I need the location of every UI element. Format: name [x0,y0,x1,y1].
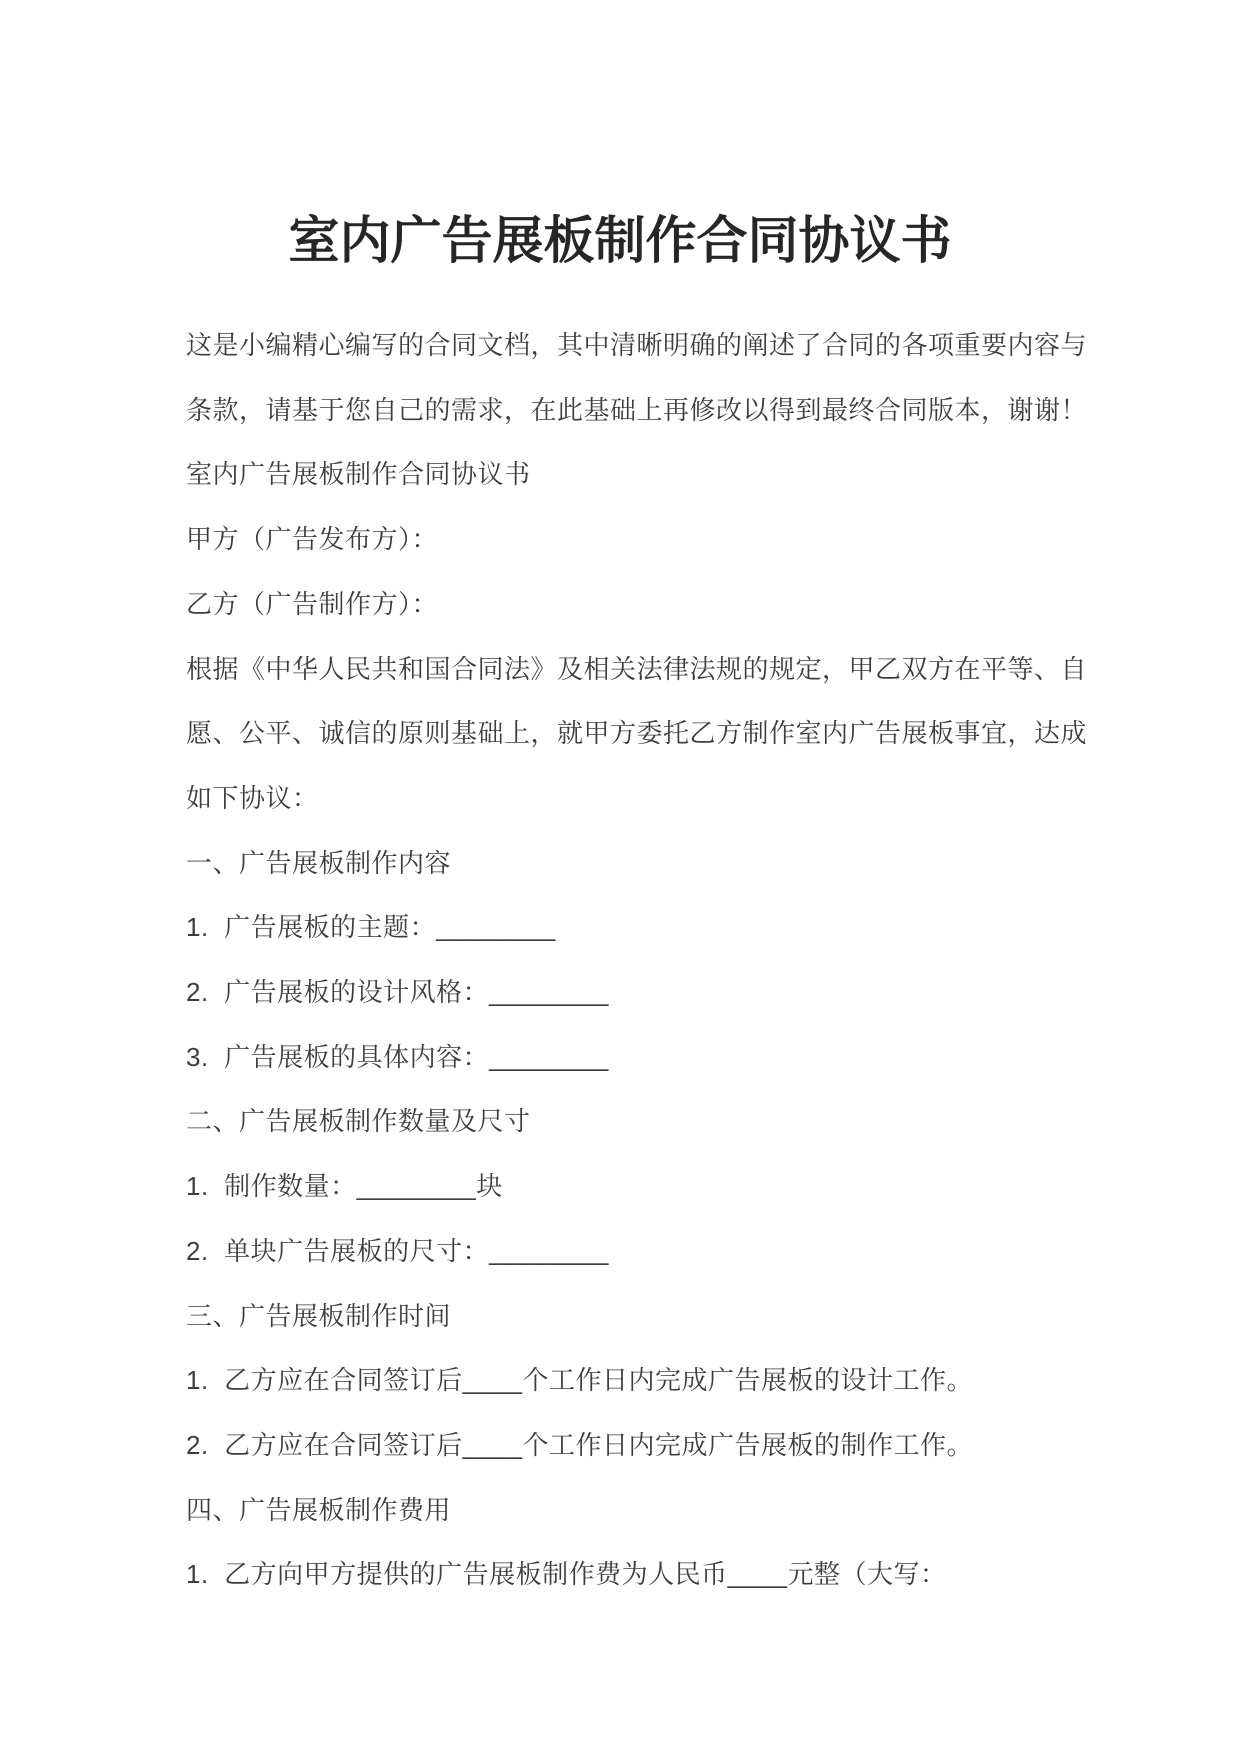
section-heading-1: 一、广告展板制作内容 [186,831,1106,896]
clause-3-item-2: 2. 乙方应在合同签订后____个工作日内完成广告展板的制作工作。 [186,1413,1106,1478]
document-body: 这是小编精心编写的合同文档，其中清晰明确的阐述了合同的各项重要内容与 条款，请基… [186,313,1106,1607]
section-heading-4: 四、广告展板制作费用 [186,1478,1106,1543]
document-title: 室内广告展板制作合同协议书 [0,206,1240,276]
paragraph-line-preamble-1: 根据《中华人民共和国合同法》及相关法律法规的规定，甲乙双方在平等、自 [186,637,1106,702]
clause-3-item-1: 1. 乙方应在合同签订后____个工作日内完成广告展板的设计工作。 [186,1348,1106,1413]
clause-2-item-2: 2. 单块广告展板的尺寸：________ [186,1219,1106,1284]
paragraph-line-party-b: 乙方（广告制作方）： [186,572,1106,637]
paragraph-line-preamble-3: 如下协议： [186,766,1106,831]
section-heading-3: 三、广告展板制作时间 [186,1284,1106,1349]
document-page: 室内广告展板制作合同协议书 这是小编精心编写的合同文档，其中清晰明确的阐述了合同… [0,0,1240,1753]
paragraph-line-subtitle: 室内广告展板制作合同协议书 [186,442,1106,507]
clause-4-item-1: 1. 乙方向甲方提供的广告展板制作费为人民币____元整（大写： [186,1542,1106,1607]
clause-1-item-3: 3. 广告展板的具体内容：________ [186,1025,1106,1090]
clause-2-item-1: 1. 制作数量：________块 [186,1154,1106,1219]
paragraph-line-intro-1: 这是小编精心编写的合同文档，其中清晰明确的阐述了合同的各项重要内容与 [186,313,1106,378]
paragraph-line-preamble-2: 愿、公平、诚信的原则基础上，就甲方委托乙方制作室内广告展板事宜，达成 [186,701,1106,766]
section-heading-2: 二、广告展板制作数量及尺寸 [186,1089,1106,1154]
clause-1-item-2: 2. 广告展板的设计风格：________ [186,960,1106,1025]
paragraph-line-party-a: 甲方（广告发布方）： [186,507,1106,572]
clause-1-item-1: 1. 广告展板的主题：________ [186,895,1106,960]
paragraph-line-intro-2: 条款，请基于您自己的需求，在此基础上再修改以得到最终合同版本，谢谢！ [186,378,1106,443]
